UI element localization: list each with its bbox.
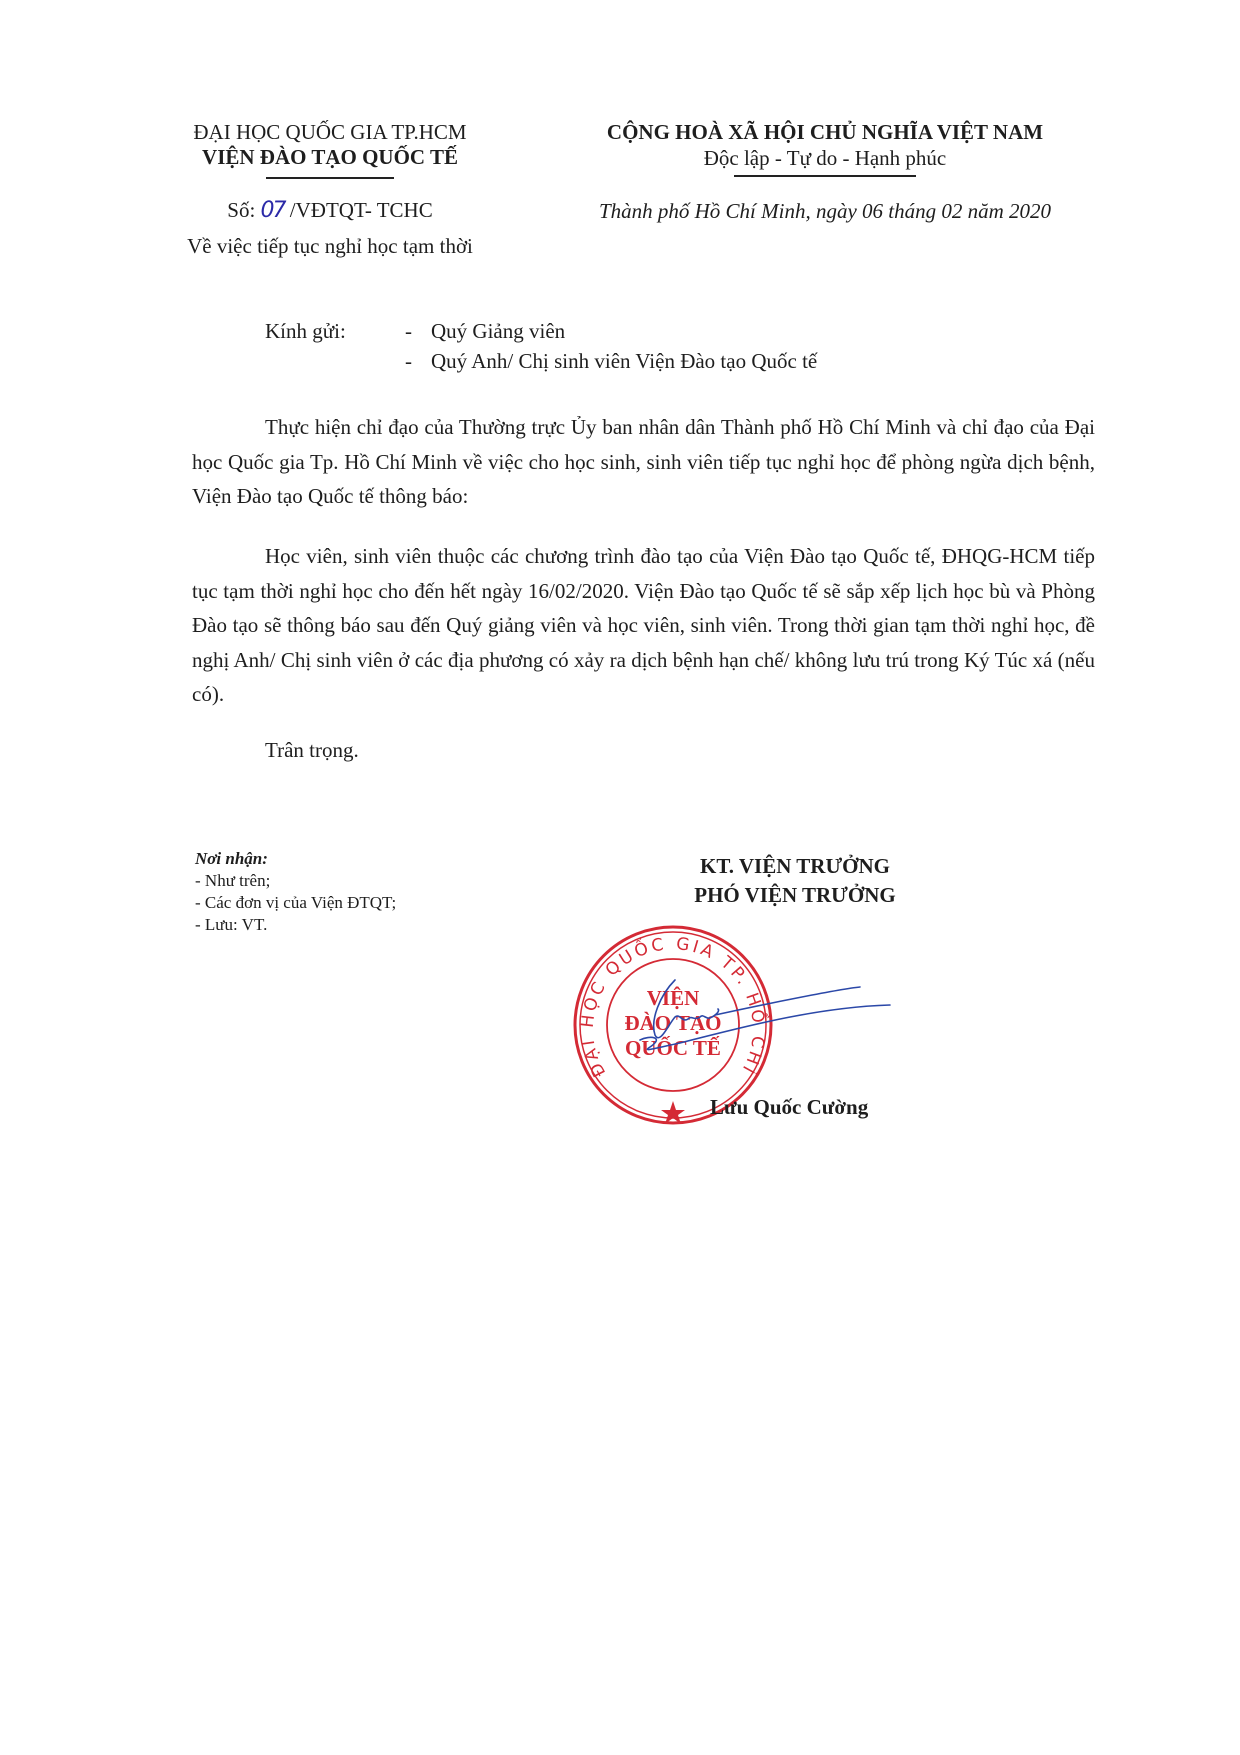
addressee-item: Quý Giảng viên (431, 319, 565, 343)
number-suffix: /VĐTQT- TCHC (290, 198, 433, 222)
distribution-title: Nơi nhận: (195, 848, 396, 870)
handwritten-signature-icon (620, 975, 1000, 1065)
addressees: Kính gửi:-Quý Giảng viên -Quý Anh/ Chị s… (265, 316, 817, 376)
distribution-item: - Như trên; (195, 870, 396, 892)
closing: Trân trọng. (265, 738, 359, 763)
signer-name: Lưu Quốc Cường (710, 1095, 868, 1120)
issuer-header: ĐẠI HỌC QUỐC GIA TP.HCM VIỆN ĐÀO TẠO QUỐ… (160, 120, 500, 259)
bullet: - (405, 316, 431, 346)
distribution-item: - Các đơn vị của Viện ĐTQT; (195, 892, 396, 914)
bullet: - (405, 346, 431, 376)
place-date: Thành phố Hồ Chí Minh, ngày 06 tháng 02 … (560, 199, 1090, 224)
signature-title-1: KT. VIỆN TRƯỞNG (665, 852, 925, 881)
body-paragraph-2: Học viên, sinh viên thuộc các chương trì… (192, 539, 1095, 712)
signature-title-2: PHÓ VIỆN TRƯỞNG (665, 881, 925, 910)
signature-block: KT. VIỆN TRƯỞNG PHÓ VIỆN TRƯỞNG (665, 852, 925, 910)
distribution-list: Nơi nhận: - Như trên; - Các đơn vị của V… (195, 848, 396, 936)
addressee-label: Kính gửi: (265, 316, 405, 346)
divider (734, 175, 916, 177)
parent-organization: ĐẠI HỌC QUỐC GIA TP.HCM (160, 120, 500, 145)
addressee-item: Quý Anh/ Chị sinh viên Viện Đào tạo Quốc… (431, 349, 817, 373)
document-number: Số: 07 /VĐTQT- TCHC (160, 197, 500, 224)
star-icon (661, 1101, 685, 1124)
nation-title: CỘNG HOÀ XÃ HỘI CHỦ NGHĨA VIỆT NAM (560, 120, 1090, 145)
national-header: CỘNG HOÀ XÃ HỘI CHỦ NGHĨA VIỆT NAM Độc l… (560, 120, 1090, 224)
number-prefix: Số: (227, 198, 255, 222)
national-motto: Độc lập - Tự do - Hạnh phúc (560, 145, 1090, 172)
document-subject: Về việc tiếp tục nghỉ học tạm thời (160, 233, 500, 259)
distribution-item: - Lưu: VT. (195, 914, 396, 936)
institute-name: VIỆN ĐÀO TẠO QUỐC TẾ (160, 145, 500, 170)
handwritten-number: 07 (261, 198, 285, 223)
body-paragraph-1: Thực hiện chỉ đạo của Thường trực Ủy ban… (192, 410, 1095, 514)
divider (266, 177, 394, 179)
